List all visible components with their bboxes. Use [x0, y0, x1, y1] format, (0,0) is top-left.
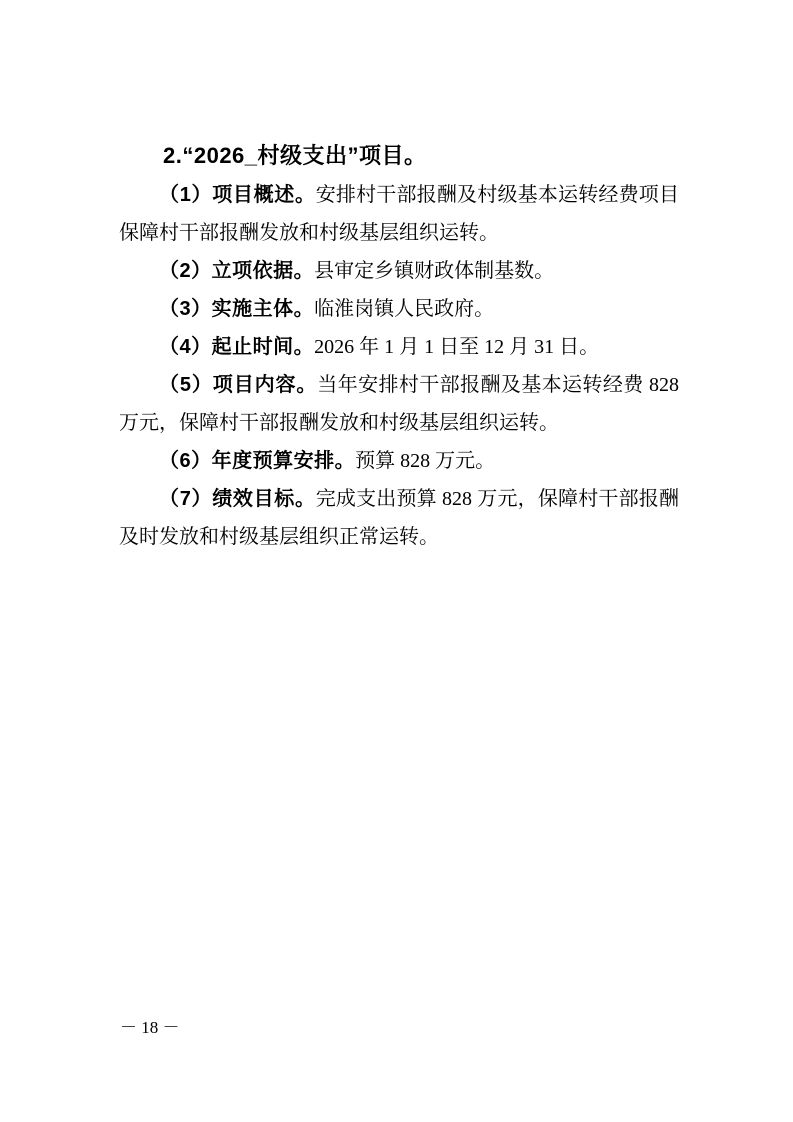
paragraph-label: （2）立项依据。 — [159, 260, 314, 282]
paragraph-label: （6）年度预算安排。 — [159, 450, 355, 472]
paragraph-performance-goal: （7）绩效目标。完成支出预算 828 万元，保障村干部报酬及时发放和村级基层组织… — [119, 480, 679, 556]
section-heading: 2.“2026_村级支出”项目。 — [119, 136, 679, 176]
paragraph-label: （3）实施主体。 — [159, 298, 314, 320]
paragraph-label: （5）项目内容。 — [159, 374, 317, 396]
paragraph-text: 2026 年 1 月 1 日至 12 月 31 日。 — [314, 336, 599, 358]
paragraph-label: （1）项目概述。 — [159, 184, 316, 206]
paragraph-project-content: （5）项目内容。当年安排村干部报酬及基本运转经费 828 万元，保障村干部报酬发… — [119, 366, 679, 442]
document-content: 2.“2026_村级支出”项目。 （1）项目概述。安排村干部报酬及村级基本运转经… — [119, 136, 679, 556]
paragraph-implementing-body: （3）实施主体。临淮岗镇人民政府。 — [119, 290, 679, 328]
paragraph-text: 临淮岗镇人民政府。 — [314, 298, 494, 320]
paragraph-project-overview: （1）项目概述。安排村干部报酬及村级基本运转经费项目保障村干部报酬发放和村级基层… — [119, 176, 679, 252]
paragraph-text: 预算 828 万元。 — [355, 450, 495, 472]
page-number: － 18 － — [120, 1013, 180, 1038]
paragraph-project-basis: （2）立项依据。县审定乡镇财政体制基数。 — [119, 252, 679, 290]
paragraph-time-period: （4）起止时间。2026 年 1 月 1 日至 12 月 31 日。 — [119, 328, 679, 366]
paragraph-text: 县审定乡镇财政体制基数。 — [314, 260, 554, 282]
paragraph-label: （4）起止时间。 — [159, 336, 314, 358]
paragraph-annual-budget: （6）年度预算安排。预算 828 万元。 — [119, 442, 679, 480]
paragraph-label: （7）绩效目标。 — [159, 488, 316, 510]
document-page: 2.“2026_村级支出”项目。 （1）项目概述。安排村干部报酬及村级基本运转经… — [0, 0, 793, 1122]
